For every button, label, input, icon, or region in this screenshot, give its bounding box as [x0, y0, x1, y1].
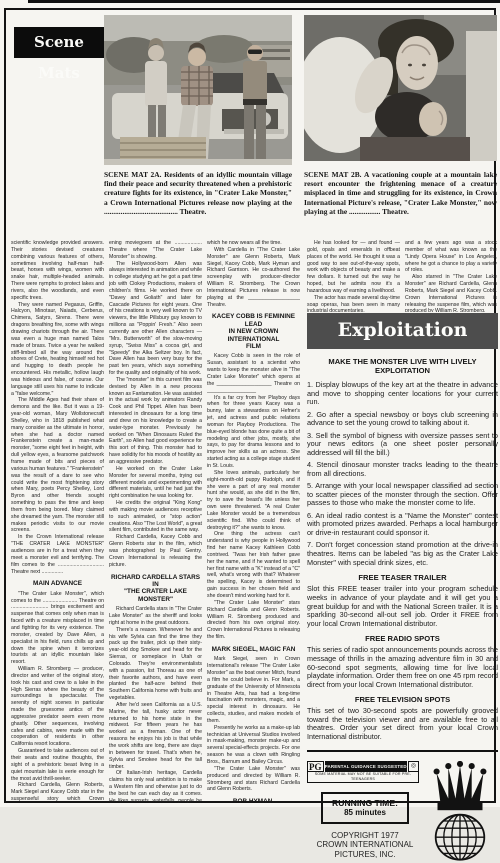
column-paragraph: 7. Don't forget concession stand promoti… [307, 541, 498, 567]
column-paragraph: It's a far cry from her Playboy days whe… [207, 395, 300, 470]
column-paragraph: "The Crater Lake Monster" was produced a… [207, 766, 300, 793]
caption-scene-mat-2b: SCENE MAT 2B. A vacationing couple at a … [304, 170, 497, 216]
column-paragraph: The Hollywood-born Allen was always inte… [109, 261, 202, 377]
exploitation-section: Exploitation MAKE THE MONSTER LIVE WITH … [307, 313, 498, 863]
page-frame: Scene Mats [4, 8, 496, 803]
pg-guidance-text: PARENTAL GUIDANCE SUGGESTED [325, 761, 408, 772]
column-paragraph: 1. Display blowups of the key art at the… [307, 381, 498, 407]
column-paragraph: which he now wears all the time. [207, 240, 300, 247]
text-column-2: ening moviegoers at the ................… [109, 240, 202, 803]
copyright-line-2: CROWN INTERNATIONAL [307, 840, 423, 850]
column-paragraph: "The Crater Lake Monster" stars Richard … [207, 600, 300, 641]
mpaa-seal-icon: ◎ [408, 761, 419, 772]
column-heading: KACEY COBB IS FEMININE LEAD IN NEW CROWN… [207, 313, 300, 350]
exploitation-tips-list: 1. Display blowups of the key art at the… [307, 381, 498, 567]
column-paragraph: There's a reason. Whenever he and his wi… [109, 627, 202, 702]
pg-subtext: SOME MATERIAL MAY NOT BE SUITABLE FOR PR… [307, 772, 419, 783]
running-time-box: RUNNING TIME: 85 minutes [321, 792, 409, 824]
column-paragraph: Mark Siegel, seen in Crown International… [207, 656, 300, 724]
press-kit-page: Scene Mats [0, 0, 500, 807]
text-column-4: He has looked for — and found — gold, op… [307, 240, 400, 312]
scene-mats-label: Scene Mats [34, 33, 84, 82]
column-paragraph: Presently he works as a make-up lab tech… [207, 725, 300, 766]
pg-rating-box: PG PARENTAL GUIDANCE SUGGESTED ◎ SOME MA… [307, 761, 419, 783]
pg-rating-letters: PG [307, 761, 324, 772]
crown-international-logo [424, 761, 496, 863]
footer-left-column: PG PARENTAL GUIDANCE SUGGESTED ◎ SOME MA… [307, 761, 423, 863]
photo-2b-illustration [304, 15, 497, 161]
text-column-5: and a few years ago was a stock member o… [405, 240, 497, 312]
caption-scene-mat-2a: SCENE MAT 2A. Residents of an idyllic mo… [104, 170, 292, 216]
column-paragraph: Richard Cardella, Kacey Cobb and Glenn R… [109, 534, 202, 568]
free-television-spots-body: This set of two 30-second spots are powe… [307, 707, 498, 741]
running-time-value: 85 minutes [325, 808, 405, 818]
column-paragraph: 3. Sell the symbol of bigness with overs… [307, 432, 498, 458]
column-paragraph: 5. Arrange with your local newspaper cla… [307, 482, 498, 508]
crown-logo-wrap [423, 761, 498, 863]
copyright-line-1: COPYRIGHT 1977 [307, 831, 423, 841]
page-top-rule [28, 0, 500, 3]
column-paragraph: She loves animals, particularly her eigh… [207, 470, 300, 532]
free-radio-spots-body: This series of radio spot announcements … [307, 646, 498, 689]
column-paragraph: 2. Go after a special newsboy or boys cl… [307, 411, 498, 428]
column-paragraph: After he'd seen California as a U.S. Mar… [109, 702, 202, 770]
text-column-1: scientific knowledge provided answers. T… [11, 240, 104, 803]
column-paragraph: Richard Cardella stars in "The Crater La… [109, 606, 202, 627]
column-paragraph: Guaranteed to take audiences out of thei… [11, 748, 104, 782]
column-heading: BOB HYMAN, REAL LIFE ADVENTURER [207, 798, 300, 803]
column-paragraph: "The Crater Lake Monster", which comes t… [11, 591, 104, 666]
column-paragraph: In the Crown International release "THE … [11, 534, 104, 575]
column-paragraph: Richard Cardella, Glenn Roberts, Mark Si… [11, 782, 104, 803]
photo-2a-illustration [104, 15, 292, 165]
text-column-3: which he now wears all the time.With Car… [207, 240, 300, 803]
footer-block: PG PARENTAL GUIDANCE SUGGESTED ◎ SOME MA… [307, 750, 498, 863]
column-paragraph: He has looked for — and found — gold, op… [307, 240, 400, 295]
column-paragraph: One thing the actress can't understand i… [207, 531, 300, 599]
free-teaser-trailer-body: Slot this FREE teaser trailer into your … [307, 585, 498, 628]
copyright-text: COPYRIGHT 1977 CROWN INTERNATIONAL PICTU… [307, 831, 423, 860]
column-paragraph: With Cardella in "The Crater Lake Monste… [207, 247, 300, 309]
scene-photo-2a [104, 15, 292, 165]
copyright-line-3: PICTURES, INC. [307, 850, 423, 860]
free-radio-spots-heading: FREE RADIO SPOTS [307, 634, 498, 643]
column-paragraph: He worked on the Crater Lake Monster for… [109, 466, 202, 500]
column-paragraph: and a few years ago was a stock member o… [405, 240, 497, 274]
column-paragraph: The Middle Ages had their share of demon… [11, 397, 104, 534]
column-paragraph: He credits the original "King Kong" with… [109, 500, 202, 534]
free-teaser-trailer-heading: FREE TEASER TRAILER [307, 573, 498, 582]
column-heading: MARK SIEGEL, MAGIC FAN [207, 646, 300, 653]
column-paragraph: 6. An ideal radio contest is a "Name the… [307, 512, 498, 538]
column-paragraph: William R. Stromberg — producer, directo… [11, 666, 104, 748]
column-paragraph: The actor has made several day-time soap… [307, 295, 400, 312]
scene-mats-badge: Scene Mats [14, 27, 104, 58]
exploitation-banner: Exploitation [307, 313, 498, 349]
exploitation-heading: MAKE THE MONSTER LIVE WITH LIVELY EXPLOI… [307, 357, 498, 375]
column-paragraph: 4. Stencil dinosaur monster tracks leadi… [307, 461, 498, 478]
column-paragraph: The "monster" in this current film was d… [109, 377, 202, 466]
free-television-spots-heading: FREE TELEVISION SPOTS [307, 695, 498, 704]
column-paragraph: scientific knowledge provided answers. T… [11, 240, 104, 302]
column-heading: RICHARD CARDELLA STARS IN "THE CRATER LA… [109, 574, 202, 604]
running-time-label: RUNNING TIME: [325, 798, 405, 808]
scene-photo-2b [304, 15, 497, 161]
column-paragraph: They were named Pegasus, Griffin, Halcyo… [11, 302, 104, 398]
column-paragraph: Also starred in "The Crater Lake Monster… [405, 274, 497, 312]
column-paragraph: ening moviegoers at the ................… [109, 240, 202, 261]
column-paragraph: Kacey Cobb is seen in the role of Susan,… [207, 353, 300, 394]
column-paragraph: Of Italian-Irish heritage, Cardella clai… [109, 770, 202, 803]
column-heading: MAIN ADVANCE [11, 580, 104, 587]
